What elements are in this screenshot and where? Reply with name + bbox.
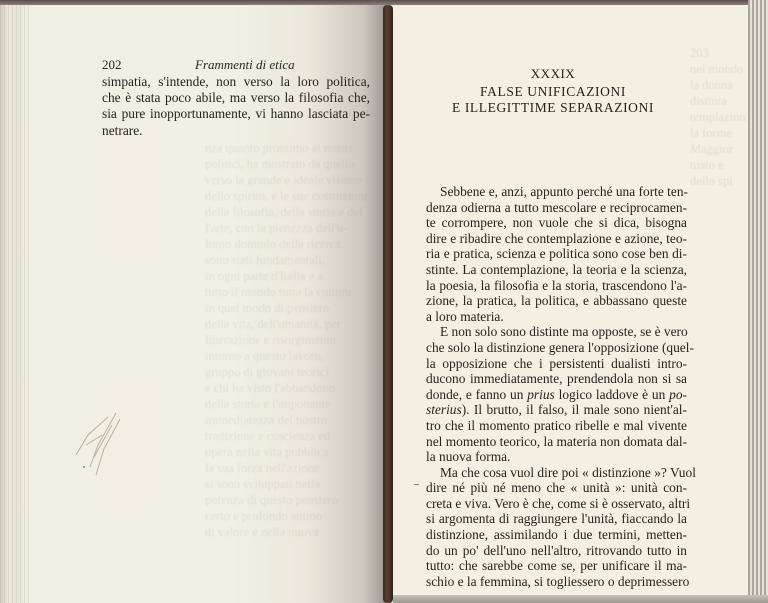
left-page-edges — [0, 5, 30, 603]
text-line: ducono immediatamente, prendendola non s… — [426, 371, 687, 387]
text-line: la nuova forma. — [426, 449, 687, 465]
text-line: tutto: che sarebbe come se, per unificar… — [426, 558, 687, 574]
running-head-title: Frammenti di etica — [195, 57, 295, 73]
right-bleed-through: 203 nel mondo la donna distinta templazi… — [690, 45, 748, 195]
text-line: Sebbene e, anzi, appunto perché una fort… — [426, 184, 687, 200]
book-spread: nza quanto prossimo ai nostri politici, … — [0, 0, 768, 603]
text-line: sia pure inopportunamente, vi hanno lasc… — [102, 106, 370, 122]
left-page-text: simpatia, s'intende, non verso la loro p… — [102, 74, 370, 139]
right-page-edges — [748, 0, 768, 603]
text-line: netrare. — [102, 123, 370, 139]
text-line-with-italics: donde, e fanno un prius logico laddove è… — [426, 387, 687, 403]
text-line: ria e pratica, scienza e politica sono c… — [426, 246, 687, 262]
text-line: do un po' dell'uno nell'altro, ritrovand… — [426, 543, 687, 559]
running-head: 202 Frammenti di etica — [102, 57, 370, 73]
text-line: tro che il momento pratico ribelle e mal… — [426, 418, 687, 434]
italic-term: po- — [669, 387, 687, 402]
book-spine — [383, 5, 393, 603]
text-line: simpatia, s'intende, non verso la loro p… — [102, 74, 370, 90]
text-line: dire e ribadire che contemplazione e azi… — [426, 231, 687, 247]
text-line: E non solo sono distinte ma opposte, se … — [426, 324, 687, 340]
text-line: la poesia, la filosofia e la storia, tra… — [426, 278, 687, 294]
chapter-number: XXXIX — [413, 66, 693, 82]
text-line: creta e viva. Vero è che, come si è osse… — [426, 496, 687, 512]
text-line: schio e la femmina, si togliessero o dep… — [426, 574, 687, 590]
italic-term: sterius — [426, 402, 462, 417]
italic-term: prius — [527, 387, 555, 402]
text-line: a loro materia. — [426, 309, 687, 325]
text-line: la opposizione che i persistenti dualist… — [426, 356, 687, 372]
pencil-mark — [68, 405, 128, 485]
bottom-page-edge — [393, 595, 768, 603]
text-line: Ma che cosa vuol dire poi « distinzione … — [426, 465, 687, 481]
page-number: 202 — [102, 57, 122, 73]
chapter-title-line: FALSE UNIFICAZIONI — [413, 84, 693, 100]
text-line: distinzione, assimilando i due termini, … — [426, 527, 687, 543]
text-line: che è stata poco abile, ma verso la filo… — [102, 90, 370, 106]
chapter-title: FALSE UNIFICAZIONI E ILLEGITTIME SEPARAZ… — [413, 84, 693, 116]
text-line-with-italics: sterius). Il brutto, il falso, il male s… — [426, 402, 687, 418]
left-bleed-through: nza quanto prossimo ai nostri politici, … — [205, 140, 370, 540]
text-line: zione, la pratica, la politica, e abbass… — [426, 293, 687, 309]
text-line: dire né più né meno che « unità »: unità… — [426, 480, 687, 496]
text-line: te corrompere, non vuole che si dica, bi… — [426, 215, 687, 231]
margin-mark — [414, 484, 419, 485]
chapter-title-line: E ILLEGITTIME SEPARAZIONI — [413, 100, 693, 116]
text-line: denza odierna a tutto mescolare e recipr… — [426, 200, 687, 216]
text-line: che solo la distinzione genera l'opposiz… — [426, 340, 687, 356]
text-line: stinte. La contemplazione, la teoria e l… — [426, 262, 687, 278]
text-line: si argomenta di raggiungere l'unità, fia… — [426, 511, 687, 527]
text-line: nel momento teorico, la materia non doma… — [426, 434, 687, 450]
right-page-text: Sebbene e, anzi, appunto perché una fort… — [426, 184, 687, 589]
